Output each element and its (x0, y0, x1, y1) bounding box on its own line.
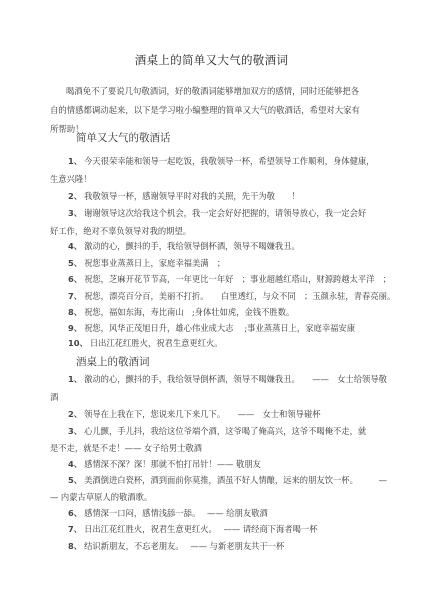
intro-line: 自的情感都调动起来，以下是学习啦小编整理的简单又大气的敬酒话，希望对大家有 (50, 101, 375, 120)
section-heading-2: 酒桌上的敬酒词 (76, 354, 150, 369)
list-item-cont: 生意兴隆！ (50, 173, 92, 185)
list-item: 1、今天很荣幸能和领导一起吃饭，我敬领导一杯，希望领导工作顺利，身体健康， (68, 155, 374, 167)
list-item-cont: 好工作，绝对不辜负领导对我的期望。 (50, 225, 191, 237)
list-item: 4、激动的心，颤抖的手，我给领导倒杯酒，领导不喝嫌我丑。 (68, 240, 300, 252)
list-item: 10、日出江花红胜火，祝君生意更红火。 (68, 337, 223, 349)
list-item: 5、美酒倒进白瓷杯，酒到面前你莫推，酒虽不好人情酿，远来的朋友饮一杯。 — (68, 474, 387, 486)
list-item: 8、祝您，福如东海，寿比南山 ;身体壮如虎，金钱不胜数。 (68, 306, 294, 318)
list-item: 3、谢谢领导这次给我这个机会，我一定会好好把握的，请领导放心，我一定会好 (68, 207, 366, 219)
section-heading-1: 简单又大气的敬酒话 (76, 130, 171, 145)
list-item-cont: — 内蒙古草原人的敬酒歌。 (50, 491, 152, 503)
list-item: 5、祝您事业蒸蒸日上，家庭幸福美满 ； (68, 257, 225, 269)
list-item: 4、感情深不深？深！那就不怕打吊针！—— 敬朋友 (68, 458, 261, 470)
intro-line: 喝酒免不了要说几句敬酒词，好的敬酒词能够增加双方的感情，同时还能够把各 (50, 82, 375, 101)
list-item: 6、感情深一口闷，感情浅舔一舔。 —— 给朋友敬酒 (68, 507, 268, 519)
list-item: 7、祝您，漂亮百分百，美丽不打折。 白里透红，与众不同 ；玉颜永驻，青春亮丽。 (68, 290, 395, 302)
list-item: 1、激动的心，颤抖的手，我给领导倒杯酒，领导不喝嫌我丑。 —— 女士给领导敬 (68, 373, 387, 385)
list-item: 8、结识新朋友，不忘老朋友。 —— 与新老朋友共干一杯 (68, 540, 284, 552)
list-item: 6、祝您，芝麻开花节节高，一年更比一年好 ；事业超越红塔山，财源跨越太平洋 ； (68, 273, 391, 285)
list-item: 2、我敬领导一杯，感谢领导平时对我的关照，先干为敬 ！ (68, 190, 300, 202)
list-item-cont: 是不走，就是不走！—— 女子给男士敬酒 (50, 442, 202, 454)
list-item-cont: 酒 (50, 391, 58, 403)
list-item: 3、心儿颤，手儿抖，我给这位爷端个酒，这爷喝了俺高兴，这爷不喝俺不走，就 (68, 425, 366, 437)
list-item: 7、日出江花红胜火，祝君生意更红火。 —— 请经商下海者喝一杯 (68, 523, 318, 535)
list-item: 9、祝您，风华正茂旭日升，雄心伟业成大志 ;事业蒸蒸日上，家庭幸福安康 (68, 322, 355, 334)
list-item: 2、领导在上我在下，您说来几下来几下。 —— 女士和领导碰杯 (68, 408, 321, 420)
document-title: 酒桌上的简单又大气的敬酒词 (0, 52, 423, 68)
